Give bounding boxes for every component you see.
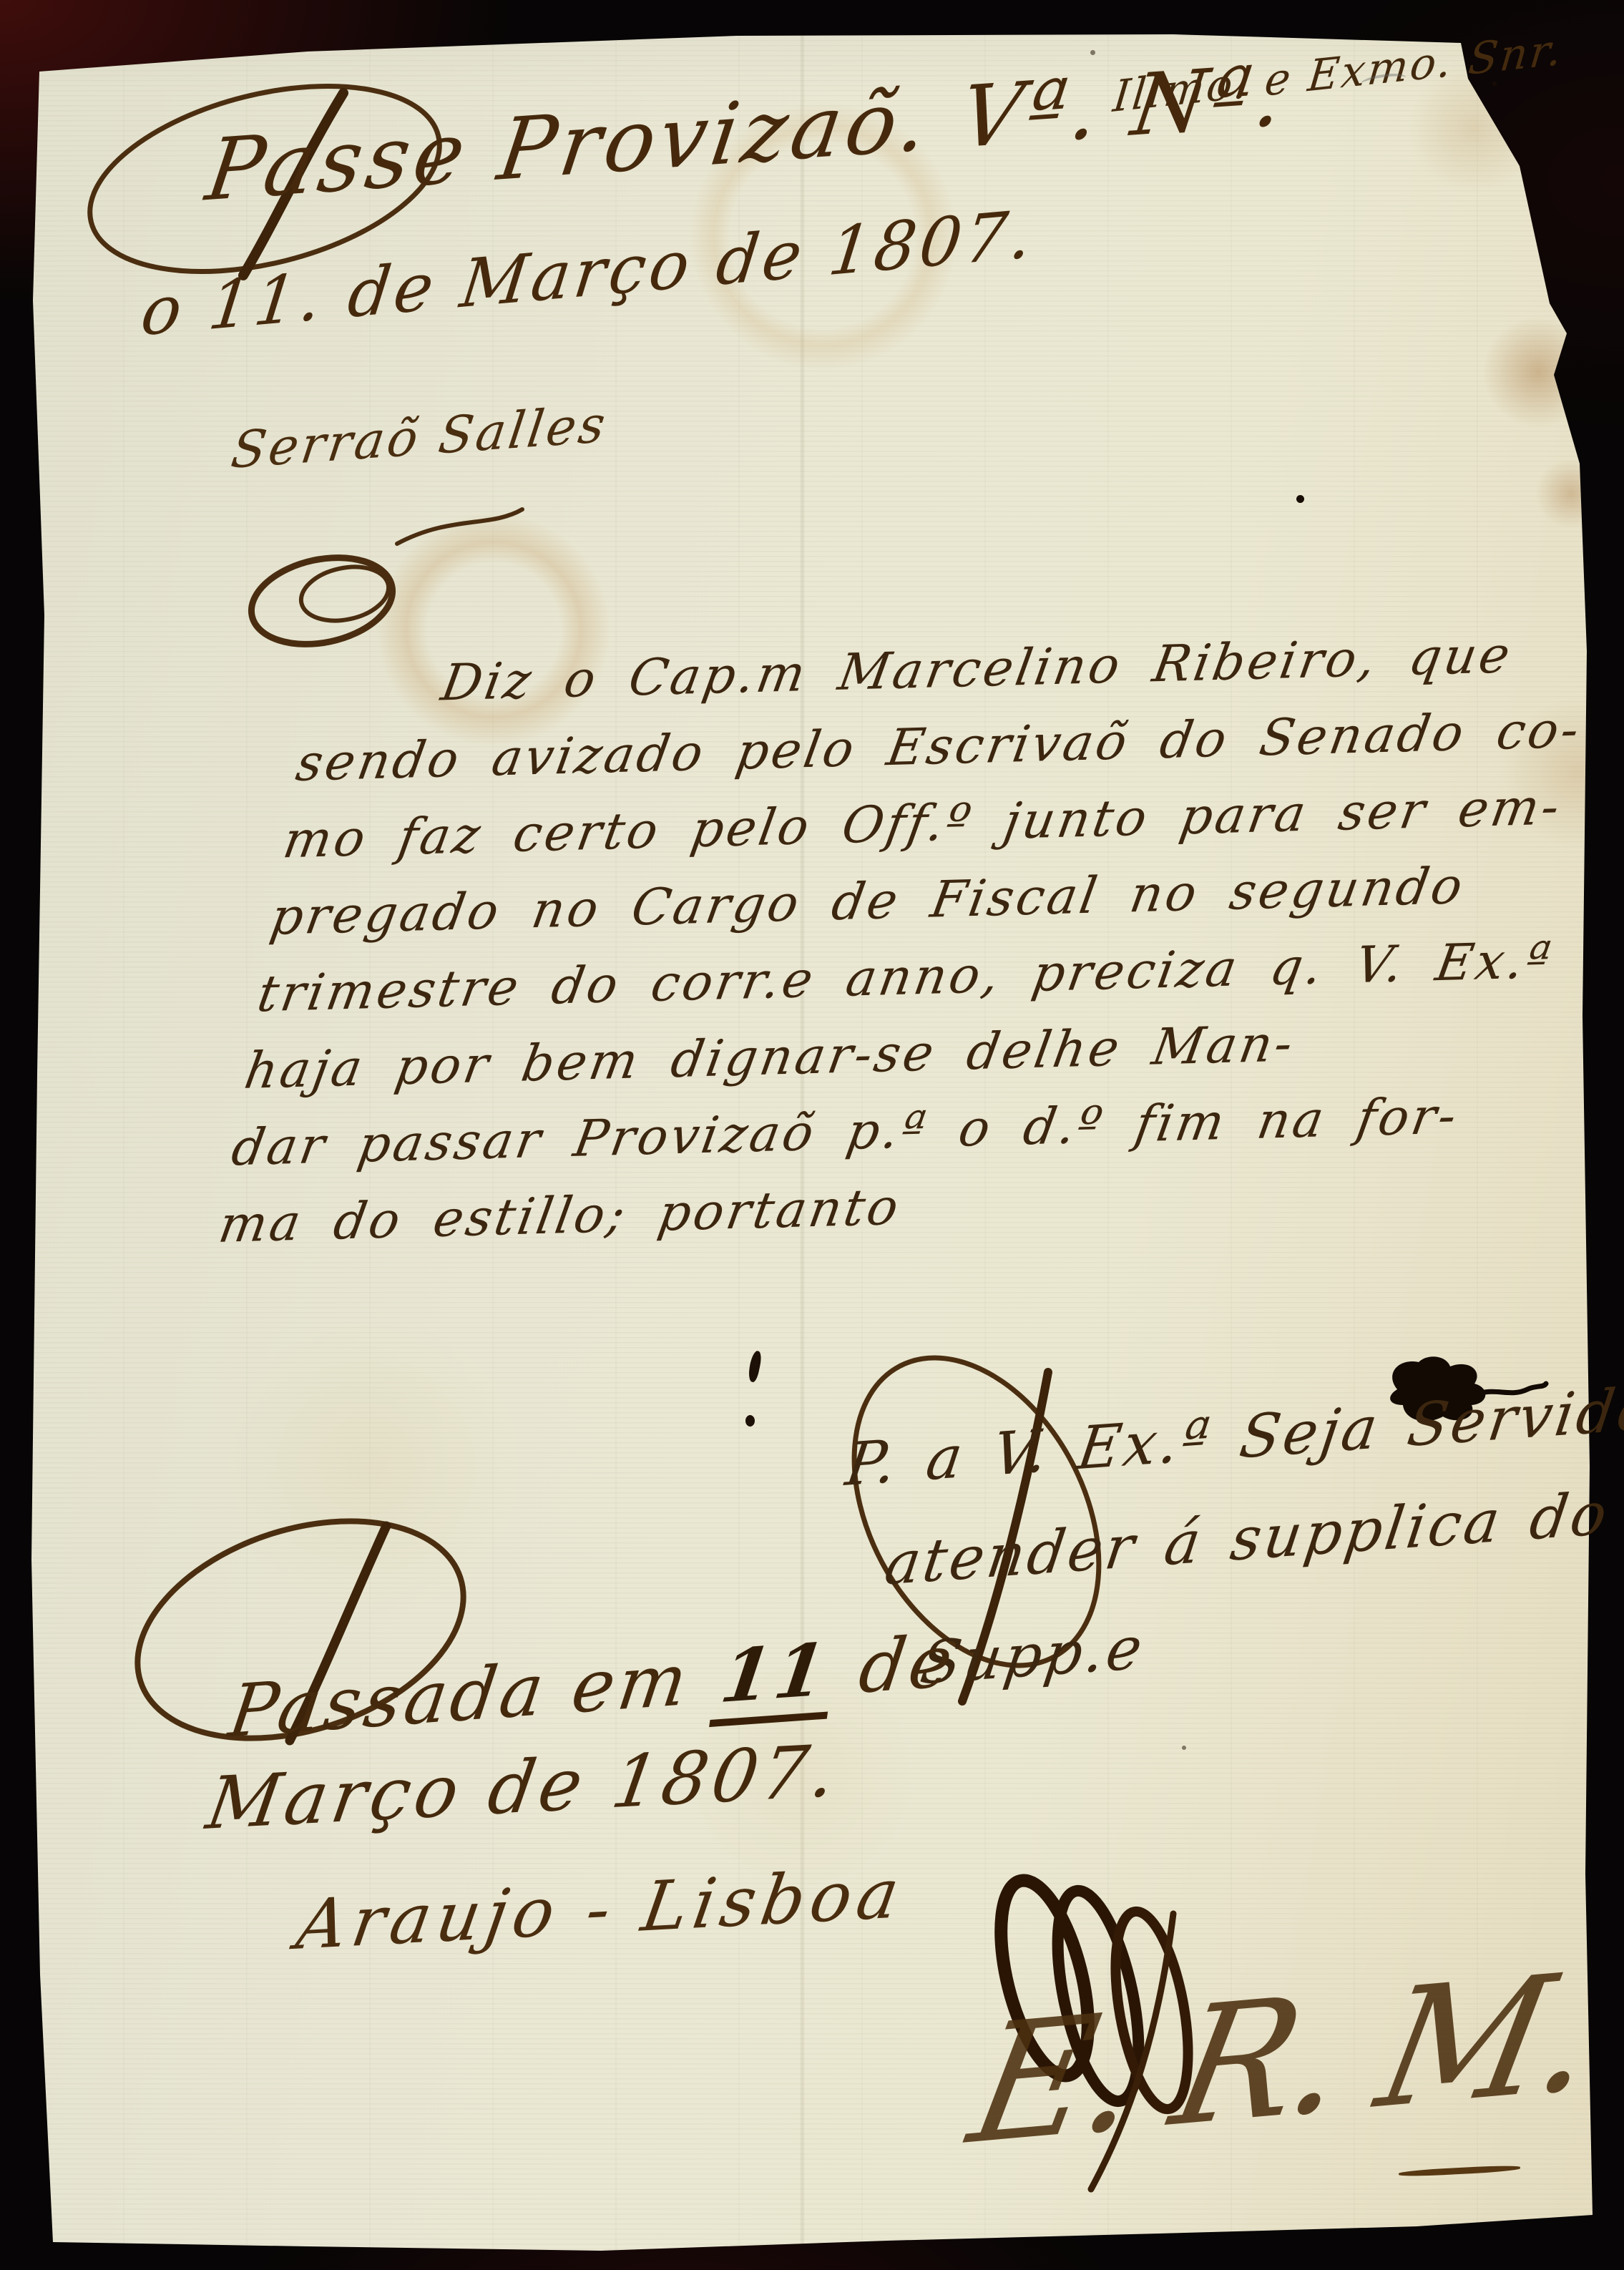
ink-speck: [1182, 1746, 1186, 1750]
official-rubric-flourish: [236, 494, 537, 672]
photo-of-manuscript: Illmo. e Exmo. Snr. Passe Provizaõ. Vª. …: [0, 0, 1624, 2270]
ink-speck: [1296, 495, 1304, 503]
petition-body: Diz o Cap.m Marcelino Ribeiro, que sendo…: [212, 623, 1609, 1272]
ink-speck: [1090, 50, 1095, 55]
grant-date-suffix: de: [854, 1618, 962, 1710]
grant-day: 11: [709, 1626, 840, 1727]
ink-speck: [1492, 82, 1497, 86]
stray-ink-dot: [745, 1415, 755, 1427]
